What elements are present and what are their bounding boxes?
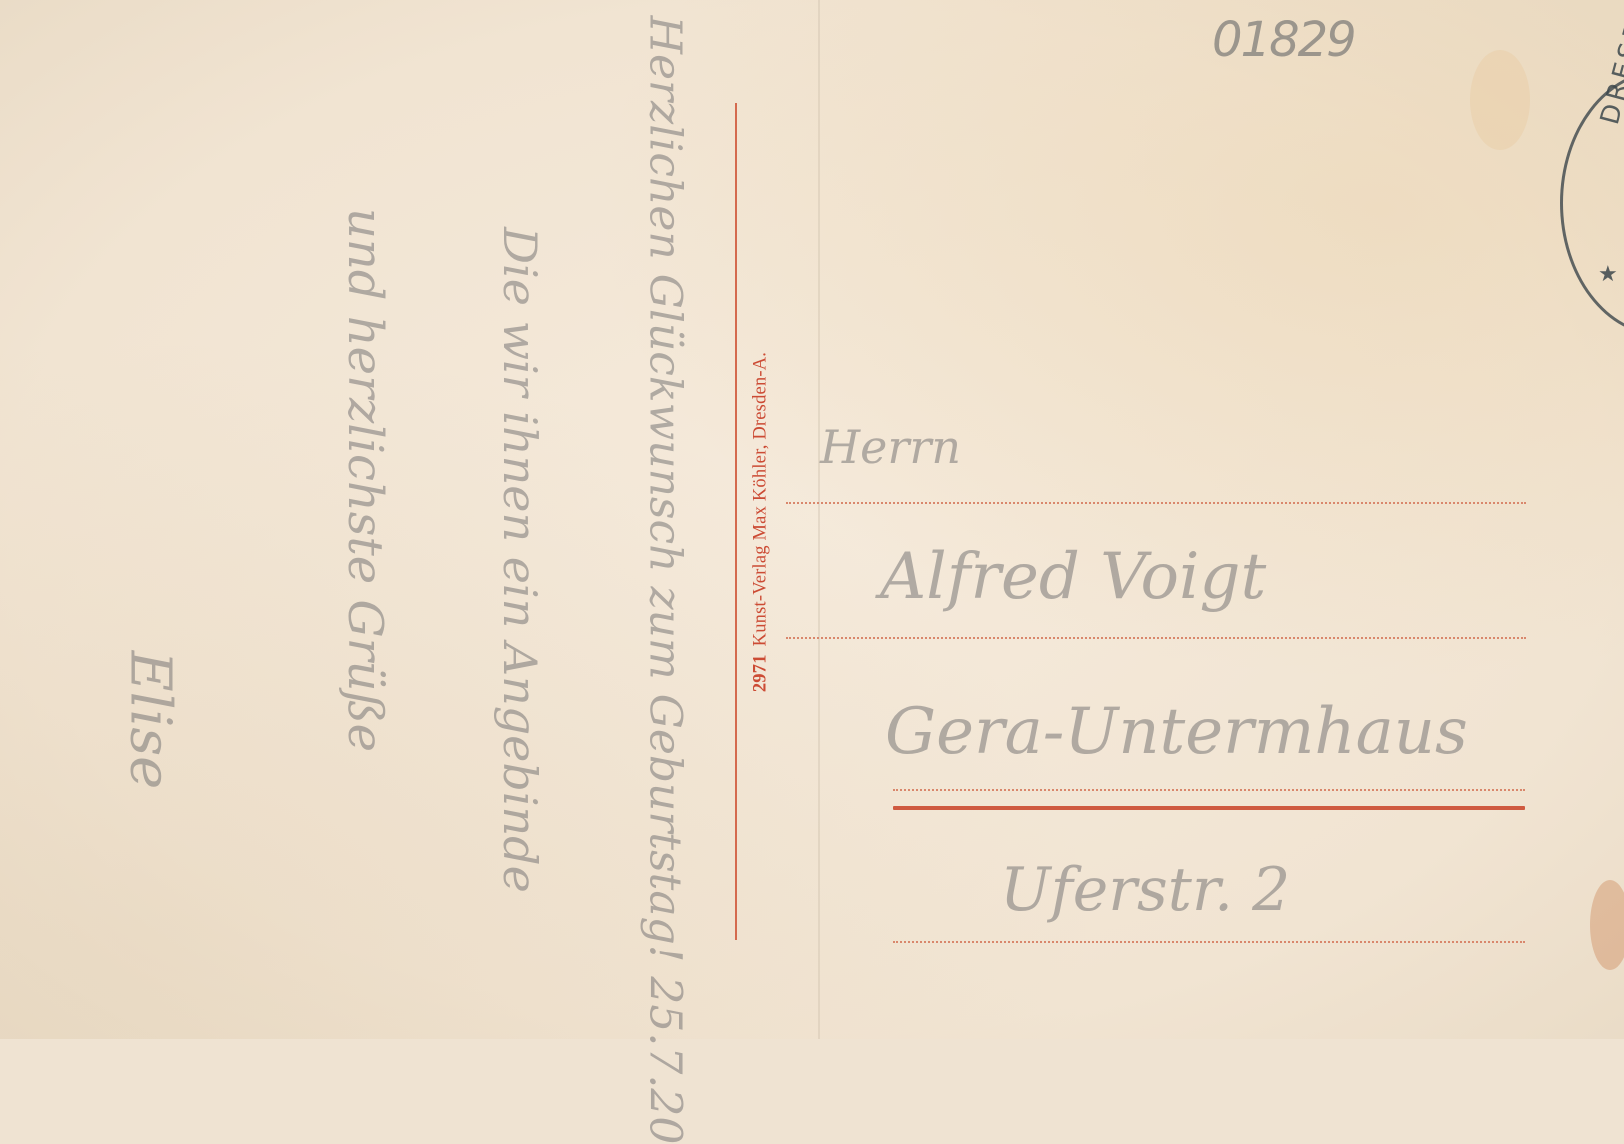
postmark-star-icon: ★: [1598, 262, 1618, 287]
archive-number: 01829: [1212, 12, 1355, 68]
foxing-stain: [1470, 50, 1530, 150]
center-fold-crease: [818, 0, 820, 1039]
foxing-stain: [1590, 880, 1624, 970]
address-city: Gera-Untermhaus: [885, 695, 1468, 769]
message-signature: Elise: [118, 651, 183, 790]
address-line-3: [893, 789, 1525, 791]
publisher-imprint: 2971Kunst-Verlag Max Köhler, Dresden-A.: [751, 352, 772, 692]
address-line-1: [786, 502, 1526, 504]
message-line-3: und herzlichste Grüße: [337, 208, 393, 752]
publisher-name: Kunst-Verlag Max Köhler, Dresden-A.: [751, 352, 771, 646]
address-street: Uferstr. 2: [1000, 855, 1290, 925]
message-line-1: Herzlichen Glückwunsch zum Geburtstag! 2…: [640, 16, 691, 1039]
message-line-2: Die wir ihnen ein Angebinde: [493, 227, 547, 893]
address-line-2: [786, 637, 1526, 639]
postmark-text: DRESDEN: [1595, 0, 1624, 128]
postcard-back: 01829 DRESDEN ★ 2971Kunst-Verlag Max Köh…: [0, 0, 1624, 1039]
address-line-4: [893, 941, 1525, 943]
address-name: Alfred Voigt: [880, 540, 1266, 614]
message-address-divider: [735, 103, 737, 940]
card-number: 2971: [751, 654, 771, 692]
city-underline: [893, 806, 1525, 810]
address-salutation: Herrn: [820, 420, 961, 474]
